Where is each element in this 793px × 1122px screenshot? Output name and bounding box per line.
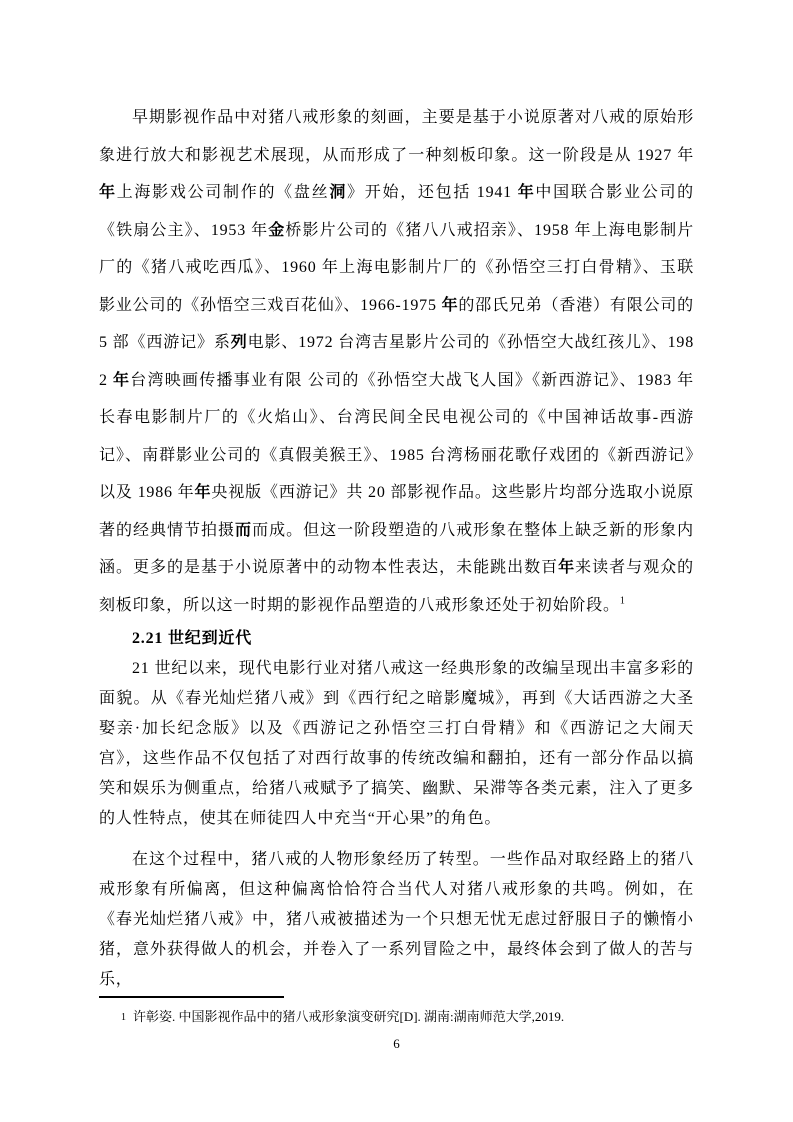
text-run: 年: [99, 184, 117, 201]
document-body: 早期影视作品中对猪八戒形象的刻画，主要是基于小说原著对八戒的原始形象进行放大和影…: [99, 99, 694, 995]
section-heading: 2.21 世纪到近代: [99, 624, 694, 654]
paragraph-early-films: 早期影视作品中对猪八戒形象的刻画，主要是基于小说原著对八戒的原始形象进行放大和影…: [99, 99, 694, 624]
paragraph-21st-century: 21 世纪以来，现代电影行业对猪八戒这一经典形象的改编呈现出丰富多彩的面貌。从《…: [99, 654, 694, 834]
footnote-text: 许彰姿. 中国影视作品中的猪八戒形象演变研究[D]. 湖南:湖南师范大学,201…: [133, 1009, 564, 1024]
text-run: 台湾映画传播事业有限 公司的《孙悟空大战飞人国》《新西游记》、1983 年长春电…: [99, 372, 694, 502]
footnote-divider: [99, 996, 284, 998]
text-run: 在这个过程中，猪八戒的人物形象经历了转型。一些作品对取经路上的猪八戒形象有所偏离…: [99, 851, 694, 988]
text-run: 金: [268, 222, 285, 239]
footnote-reference: 1: [620, 595, 625, 606]
footnote-marker: 1: [121, 1012, 126, 1023]
page-number: 6: [0, 1036, 793, 1052]
text-run: 2.21 世纪到近代: [132, 630, 252, 647]
text-run: 列: [231, 334, 248, 351]
footnote: 1许彰姿. 中国影视作品中的猪八戒形象演变研究[D]. 湖南:湖南师范大学,20…: [99, 1008, 694, 1027]
text-run: 年: [113, 372, 130, 389]
text-run: 年: [558, 559, 575, 576]
document-page: 早期影视作品中对猪八戒形象的刻画，主要是基于小说原著对八戒的原始形象进行放大和影…: [0, 0, 793, 1122]
text-run: 洞: [329, 184, 347, 201]
paragraph-transformation: 在这个过程中，猪八戒的人物形象经历了转型。一些作品对取经路上的猪八戒形象有所偏离…: [99, 845, 694, 995]
text-run: 年: [518, 184, 536, 201]
text-run: 》开始，还包括 1941: [347, 184, 518, 201]
text-run: 而: [235, 522, 252, 539]
text-run: 上海影戏公司制作的《盘丝: [117, 184, 330, 201]
text-run: 21 世纪以来，现代电影行业对猪八戒这一经典形象的改编呈现出丰富多彩的面貌。从《…: [99, 660, 694, 827]
text-run: 年: [442, 297, 459, 314]
text-run: 年: [195, 484, 212, 501]
text-run: 早期影视作品中对猪八戒形象的刻画，主要是基于小说原著对八戒的原始形象进行放大和影…: [99, 109, 694, 164]
